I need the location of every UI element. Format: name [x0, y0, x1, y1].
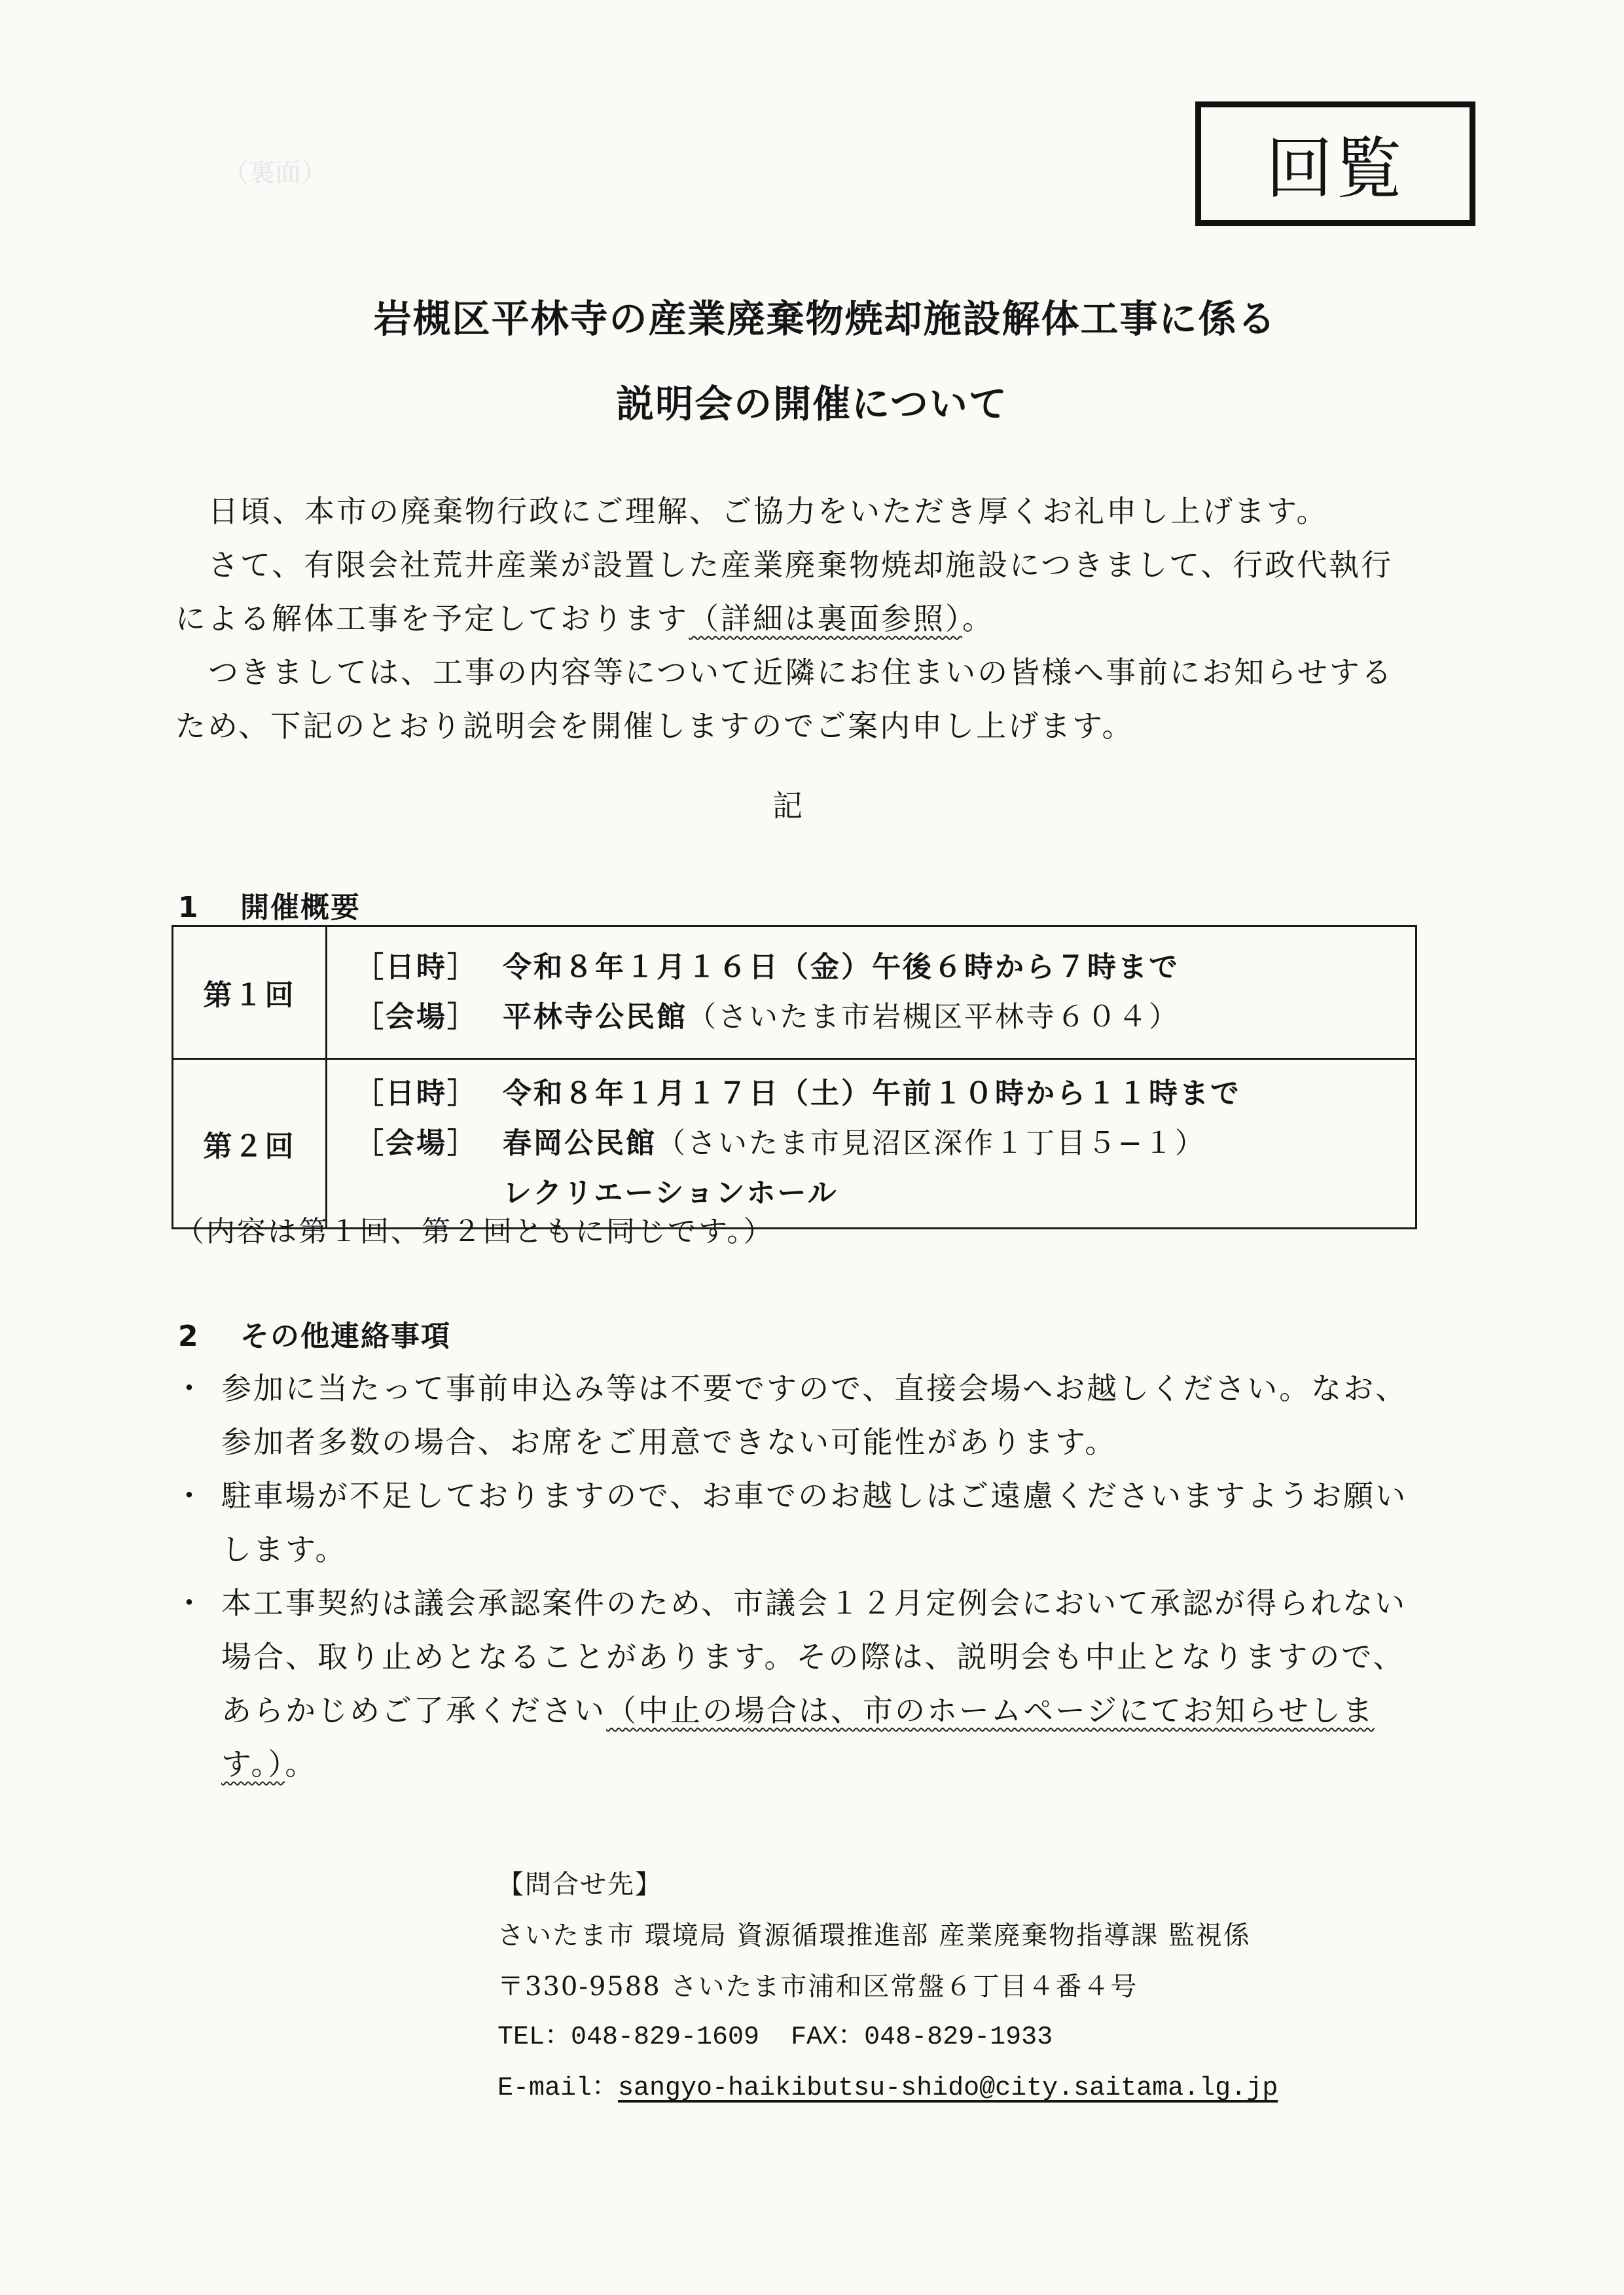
venue-name: 平林寺公民館 — [503, 992, 687, 1042]
notice-item-1: ・ 参加に当たって事前申込み等は不要ですので、直接会場へお越しください。なお、参… — [171, 1362, 1428, 1469]
session-row-1: 第１回 ［日時］ 令和８年１月１６日（金）午後６時から７時まで ［会場］ 平林寺… — [173, 926, 1416, 1059]
ki-marker: 記 — [772, 782, 803, 825]
bullet-icon: ・ — [171, 1469, 221, 1576]
document-title-line1: 岩槻区平林寺の産業廃棄物焼却施設解体工事に係る — [0, 288, 1624, 343]
contact-phone-fax: TEL：048-829-1609 FAX：048-829-1933 — [497, 2012, 1278, 2063]
venue-label: ［会場］ — [355, 1119, 503, 1168]
session-detail-2: ［日時］ 令和８年１月１７日（土）午前１０時から１１時まで ［会場］ 春岡公民館… — [327, 1059, 1416, 1229]
section1-heading: 1開催概要 — [178, 884, 361, 926]
session-2-datetime: ［日時］ 令和８年１月１７日（土）午前１０時から１１時まで — [355, 1069, 1415, 1119]
section2-number: 2 — [178, 1320, 240, 1353]
intro-paragraph-2: さて、有限会社荒井産業が設置した産業廃棄物焼却施設につきまして、行政代執行による… — [175, 538, 1419, 645]
tel-label: TEL： — [497, 2023, 571, 2052]
email-label: E-mail： — [497, 2074, 618, 2103]
session-1-datetime: ［日時］ 令和８年１月１６日（金）午後６時から７時まで — [355, 943, 1415, 992]
bullet-icon: ・ — [171, 1576, 221, 1791]
contact-address: 〒330-9588 さいたま市浦和区常盤６丁目４番４号 — [497, 1961, 1278, 2012]
back-page-reference: （詳細は裏面参照） — [689, 601, 962, 636]
section1-number: 1 — [178, 891, 240, 924]
datetime-value: 令和８年１月１６日（金）午後６時から７時まで — [503, 943, 1180, 992]
session-row-2: 第２回 ［日時］ 令和８年１月１７日（土）午前１０時から１１時まで ［会場］ 春… — [173, 1059, 1416, 1229]
notice-item-2: ・ 駐車場が不足しておりますので、お車でのお越しはご遠慮くださいますようお願いし… — [171, 1469, 1428, 1576]
notice-item-3: ・ 本工事契約は議会承認案件のため、市議会１２月定例会において承認が得られない場… — [171, 1576, 1428, 1791]
venue-name: 春岡公民館 — [503, 1119, 657, 1168]
session-round-1: 第１回 — [173, 926, 327, 1059]
notice-list: ・ 参加に当たって事前申込み等は不要ですので、直接会場へお越しください。なお、参… — [171, 1362, 1428, 1791]
section1-title: 開催概要 — [240, 891, 361, 924]
notice-text-end: 。 — [285, 1746, 317, 1782]
stamp-label: 回覧 — [1266, 116, 1405, 211]
notice-text-container: 本工事契約は議会承認案件のため、市議会１２月定例会において承認が得られない場合、… — [221, 1576, 1428, 1791]
document-title-line2: 説明会の開催について — [0, 373, 1624, 428]
datetime-label: ［日時］ — [355, 1069, 503, 1119]
tel-number[interactable]: 048-829-1609 — [571, 2023, 759, 2052]
email-link[interactable]: sangyo-haikibutsu-shido@city.saitama.lg.… — [618, 2074, 1278, 2103]
contact-heading: 【問合せ先】 — [497, 1859, 1278, 1910]
contact-email: E-mail：sangyo-haikibutsu-shido@city.sait… — [497, 2063, 1278, 2114]
contact-department: さいたま市 環境局 資源循環推進部 産業廃棄物指導課 監視係 — [497, 1910, 1278, 1961]
intro-section: 日頃、本市の廃棄物行政にご理解、ご協力をいただき厚くお礼申し上げます。 さて、有… — [175, 484, 1419, 753]
datetime-label: ［日時］ — [355, 943, 503, 992]
section2-heading: 2その他連絡事項 — [178, 1312, 451, 1354]
session-1-venue: ［会場］ 平林寺公民館（さいたま市岩槻区平林寺６０４） — [355, 992, 1415, 1042]
venue-label: ［会場］ — [355, 992, 503, 1042]
fax-number: 048-829-1933 — [864, 2023, 1053, 2052]
session-table: 第１回 ［日時］ 令和８年１月１６日（金）午後６時から７時まで ［会場］ 平林寺… — [171, 925, 1417, 1229]
session-note: （内容は第１回、第２回ともに同じです。） — [175, 1208, 774, 1250]
intro-paragraph-3: つきましては、工事の内容等について近隣にお住まいの皆様へ事前にお知らせするため、… — [175, 645, 1419, 753]
fax-label: FAX： — [791, 2023, 864, 2052]
datetime-value: 令和８年１月１７日（土）午前１０時から１１時まで — [503, 1069, 1241, 1119]
contact-block: 【問合せ先】 さいたま市 環境局 資源循環推進部 産業廃棄物指導課 監視係 〒3… — [497, 1859, 1278, 2114]
session-2-venue: ［会場］ 春岡公民館（さいたま市見沼区深作１丁目５−１） — [355, 1119, 1415, 1168]
intro-paragraph-1: 日頃、本市の廃棄物行政にご理解、ご協力をいただき厚くお礼申し上げます。 — [175, 484, 1419, 538]
notice-text: 参加に当たって事前申込み等は不要ですので、直接会場へお越しください。なお、参加者… — [221, 1362, 1428, 1469]
intro-paragraph-2-end: 。 — [962, 601, 994, 636]
venue-address: （さいたま市岩槻区平林寺６０４） — [687, 992, 1180, 1042]
session-round-2: 第２回 — [173, 1059, 327, 1229]
circulation-stamp: 回覧 — [1195, 101, 1475, 226]
venue-address: （さいたま市見沼区深作１丁目５−１） — [657, 1119, 1206, 1168]
bullet-icon: ・ — [171, 1362, 221, 1469]
show-through-text: （裏面） — [223, 152, 327, 189]
section2-title: その他連絡事項 — [240, 1320, 451, 1353]
session-detail-1: ［日時］ 令和８年１月１６日（金）午後６時から７時まで ［会場］ 平林寺公民館（… — [327, 926, 1416, 1059]
notice-text: 駐車場が不足しておりますので、お車でのお越しはご遠慮くださいますようお願いします… — [221, 1469, 1428, 1576]
